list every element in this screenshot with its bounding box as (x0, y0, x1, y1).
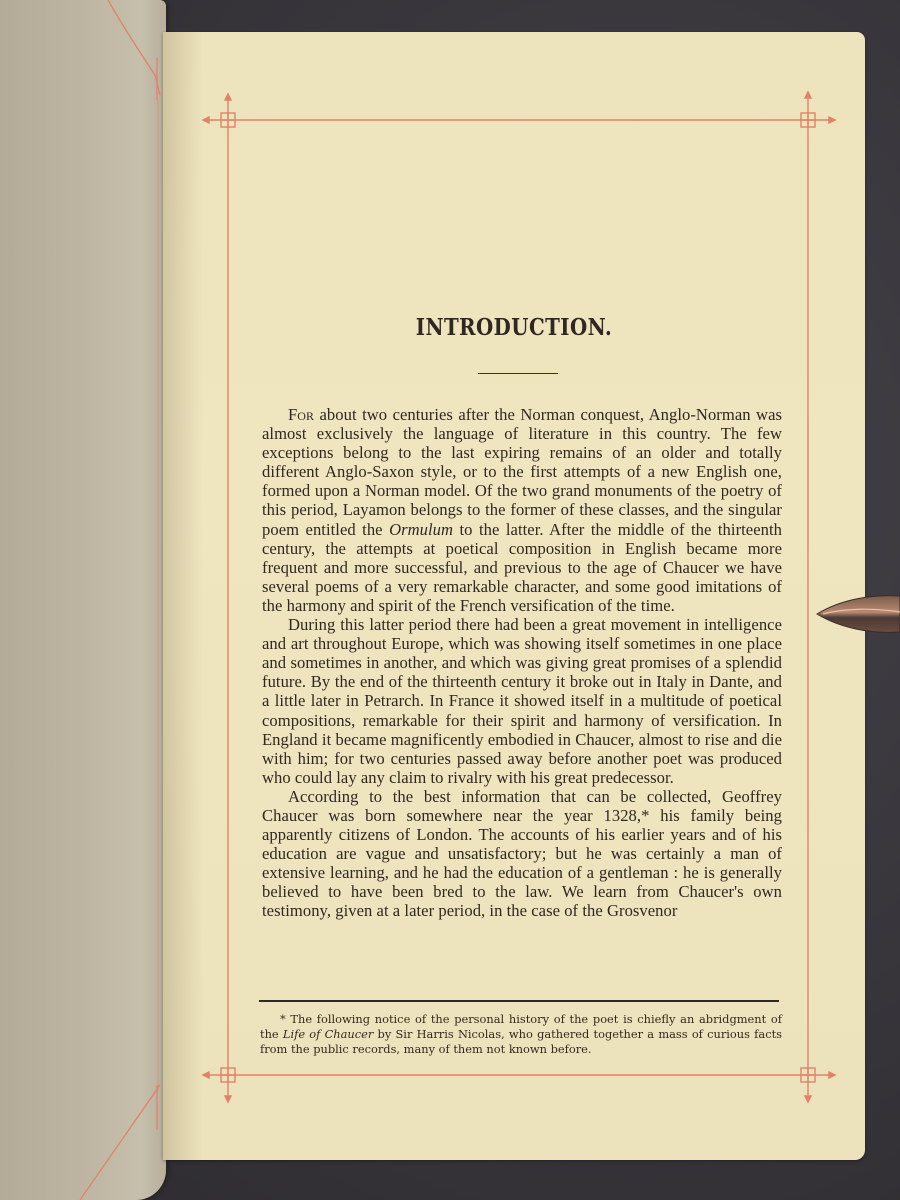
paragraph-2: During this latter period there had been… (262, 615, 782, 787)
body-text: For about two centuries after the Norman… (262, 405, 782, 921)
italic-title-life-of-chaucer: Life of Chaucer (283, 1027, 373, 1041)
italic-title-ormulum: Ormulum (389, 520, 453, 539)
paragraph-1: For about two centuries after the Norman… (262, 405, 782, 615)
left-page-verso (0, 0, 166, 1200)
footnote-rule (259, 1000, 779, 1002)
paragraph-3: According to the best information that c… (262, 787, 782, 921)
right-page-recto: INTRODUCTION. For about two centuries af… (163, 32, 865, 1160)
corner-ornament-bottom-right (801, 1068, 835, 1102)
chapter-title: INTRODUCTION. (212, 314, 816, 341)
opening-small-caps: For (288, 405, 314, 424)
left-page-border-ornament (0, 0, 166, 1200)
footnote: * The following notice of the personal h… (260, 1012, 782, 1057)
corner-ornament-top-left (203, 94, 235, 127)
metal-bookmark-clip (815, 592, 900, 634)
corner-ornament-bottom-left (203, 1068, 235, 1102)
title-underline-rule (478, 373, 558, 374)
corner-ornament-top-right (801, 92, 835, 127)
